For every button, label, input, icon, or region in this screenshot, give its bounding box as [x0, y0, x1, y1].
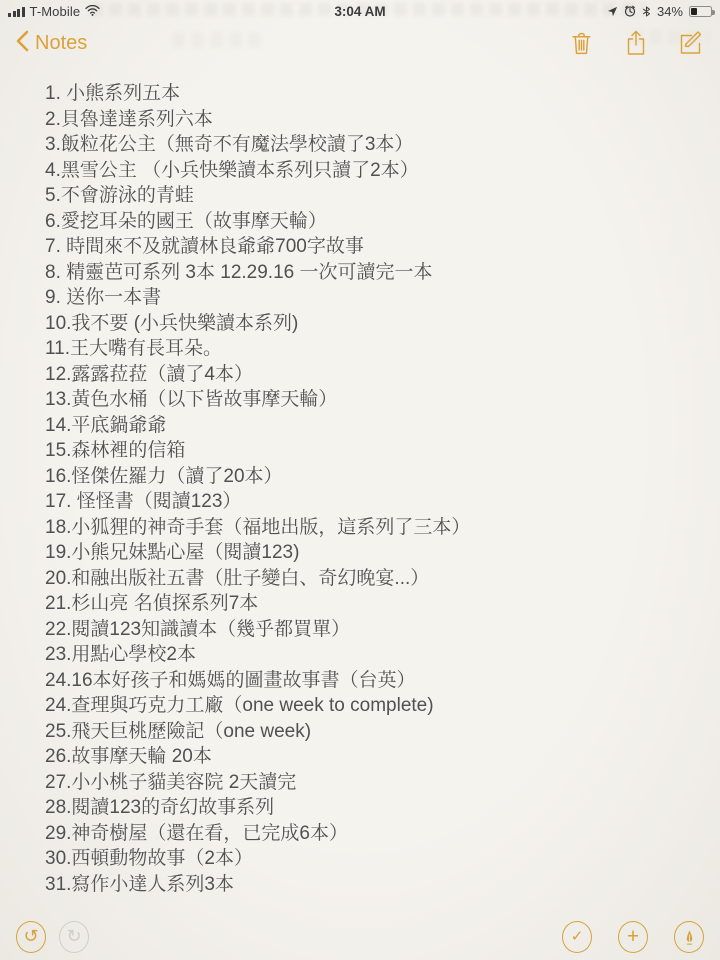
- back-to-notes-button[interactable]: Notes: [16, 30, 87, 57]
- pen-nib-icon: [682, 929, 697, 945]
- compose-icon[interactable]: [678, 30, 704, 56]
- add-button[interactable]: +: [618, 921, 648, 953]
- note-line: 18.小狐狸的神奇手套（福地出版，這系列了三本）: [45, 515, 706, 541]
- checkmark-icon: ✓: [571, 929, 584, 944]
- note-line: 7. 時間來不及就讀林良爺爺700字故事: [45, 234, 706, 260]
- carrier-label: T-Mobile: [30, 4, 81, 19]
- note-line: 24.查理與巧克力工廠（one week to complete): [45, 693, 706, 719]
- note-line: 21.杉山亮 名偵探系列7本: [45, 591, 706, 617]
- note-line: 14.平底鍋爺爺: [45, 413, 706, 439]
- redo-button[interactable]: ↻: [59, 921, 89, 953]
- cellular-signal-icon: [8, 6, 25, 17]
- note-line: 2.貝魯達達系列六本: [45, 107, 706, 133]
- note-line: 16.怪傑佐羅力（讀了20本）: [45, 464, 706, 490]
- note-line: 24.16本好孩子和媽媽的圖畫故事書（台英）: [45, 668, 706, 694]
- note-line: 25.飛天巨桃歷險記（one week): [45, 719, 706, 745]
- note-line: 12.露露菈菈（讀了4本）: [45, 362, 706, 388]
- location-arrow-icon: [607, 6, 618, 17]
- note-line: 13.黃色水桶（以下皆故事摩天輪）: [45, 387, 706, 413]
- undo-button[interactable]: ↺: [16, 921, 46, 953]
- note-line: 15.森林裡的信箱: [45, 438, 706, 464]
- markup-pen-button[interactable]: [674, 921, 704, 953]
- status-right: 34%: [607, 4, 712, 19]
- battery-percent-label: 34%: [657, 4, 683, 19]
- bottom-toolbar: ↺ ↻ ✓ +: [0, 914, 720, 960]
- note-line: 11.王大嘴有長耳朵。: [45, 336, 706, 362]
- note-line: 28.閱讀123的奇幻故事系列: [45, 795, 706, 821]
- note-text-area[interactable]: 1. 小熊系列五本2.貝魯達達系列六本3.飯粒花公主（無奇不有魔法學校讀了3本）…: [45, 66, 706, 897]
- notes-app-screen: T-Mobile 3:04 AM: [0, 0, 720, 960]
- wifi-icon: [85, 4, 100, 19]
- note-line: 5.不會游泳的青蛙: [45, 183, 706, 209]
- note-line: 1. 小熊系列五本: [45, 81, 706, 107]
- redo-icon: ↻: [66, 927, 81, 945]
- note-line: 22.閱讀123知識讀本（幾乎都買單）: [45, 617, 706, 643]
- chevron-left-icon: [16, 30, 29, 57]
- battery-icon: [689, 6, 712, 17]
- note-line: 8. 精靈芭可系列 3本 12.29.16 一次可讀完一本: [45, 260, 706, 286]
- note-line: 29.神奇樹屋（還在看，已完成6本）: [45, 821, 706, 847]
- status-left: T-Mobile: [8, 4, 100, 19]
- note-line: 20.和融出版社五書（肚子變白、奇幻晚宴...）: [45, 566, 706, 592]
- note-line: 27.小小桃子貓美容院 2天讀完: [45, 770, 706, 796]
- note-line: 26.故事摩天輪 20本: [45, 744, 706, 770]
- note-line: 30.西頓動物故事（2本）: [45, 846, 706, 872]
- trash-icon[interactable]: [569, 30, 594, 57]
- note-line: 3.飯粒花公主（無奇不有魔法學校讀了3本）: [45, 132, 706, 158]
- bluetooth-icon: [642, 5, 651, 18]
- plus-icon: +: [627, 926, 639, 947]
- nav-bar: Notes: [0, 22, 720, 64]
- note-line: 6.愛挖耳朵的國王（故事摩天輪）: [45, 209, 706, 235]
- alarm-clock-icon: [624, 5, 636, 17]
- back-button-label: Notes: [35, 32, 87, 55]
- note-line: 23.用點心學校2本: [45, 642, 706, 668]
- note-line: 19.小熊兄妹點心屋（閱讀123): [45, 540, 706, 566]
- undo-icon: ↺: [23, 927, 38, 945]
- note-line: 10.我不要 (小兵快樂讀本系列): [45, 311, 706, 337]
- status-bar: T-Mobile 3:04 AM: [0, 0, 720, 22]
- checklist-button[interactable]: ✓: [562, 921, 592, 953]
- note-line: 4.黑雪公主 （小兵快樂讀本系列只讀了2本）: [45, 158, 706, 184]
- note-line: 31.寫作小達人系列3本: [45, 872, 706, 898]
- note-line: 17. 怪怪書（閱讀123）: [45, 489, 706, 515]
- note-line: 9. 送你一本書: [45, 285, 706, 311]
- share-icon[interactable]: [624, 29, 648, 57]
